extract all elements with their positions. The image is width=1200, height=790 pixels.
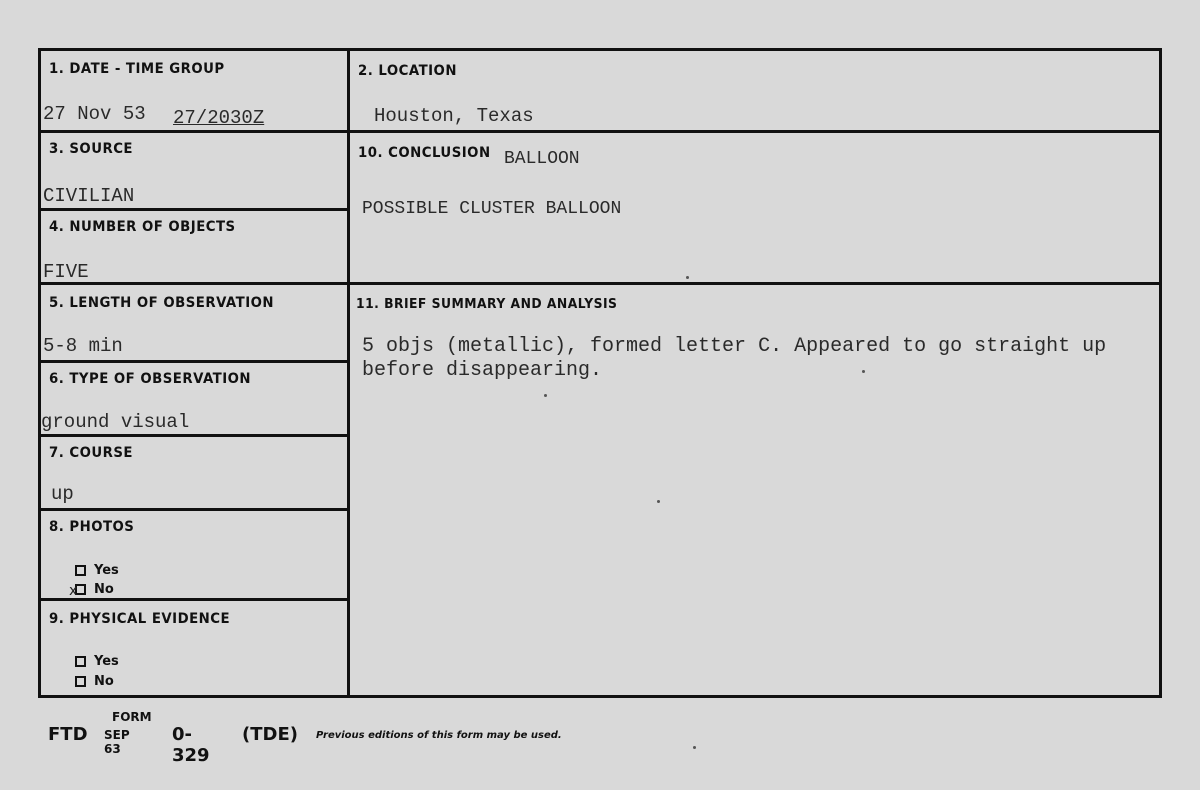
footer-form-number: 0-329 <box>172 724 210 766</box>
physical-evidence-yes-option[interactable]: Yes <box>75 654 119 669</box>
summary-text: 5 objs (metallic), formed letter C. Appe… <box>362 335 1122 383</box>
course-value: up <box>51 483 74 505</box>
photos-yes-checkbox[interactable] <box>75 565 86 576</box>
number-of-objects-label: 4. NUMBER OF OBJECTS <box>49 219 236 235</box>
photos-no-option[interactable]: No <box>75 582 114 597</box>
conclusion-detail: POSSIBLE CLUSTER BALLOON <box>362 199 621 219</box>
location-value: Houston, Texas <box>374 105 534 127</box>
type-of-observation-cell: 6. TYPE OF OBSERVATION ground visual <box>41 363 347 437</box>
date-time-group-cell: 1. DATE - TIME GROUP 27 Nov 53 27/2030Z <box>41 51 347 133</box>
physical-evidence-no-checkbox[interactable] <box>75 676 86 687</box>
date-time-group-label: 1. DATE - TIME GROUP <box>49 61 225 77</box>
number-of-objects-value: FIVE <box>43 261 89 283</box>
project-record-card-form: 1. DATE - TIME GROUP 27 Nov 53 27/2030Z … <box>38 48 1162 698</box>
location-label: 2. LOCATION <box>358 63 457 79</box>
footer-ftd: FTD <box>48 724 88 745</box>
physical-evidence-yes-checkbox[interactable] <box>75 656 86 667</box>
type-of-observation-value: ground visual <box>41 411 189 433</box>
source-cell: 3. SOURCE CIVILIAN <box>41 133 347 211</box>
photos-yes-option[interactable]: Yes <box>75 563 119 578</box>
photos-yes-label: Yes <box>94 563 119 578</box>
time-value: 27/2030Z <box>173 107 264 129</box>
footer-form-word: FORM <box>112 710 152 724</box>
photos-cell: 8. PHOTOS Yes No x <box>41 511 347 601</box>
length-of-observation-label: 5. LENGTH OF OBSERVATION <box>49 295 274 311</box>
physical-evidence-no-label: No <box>94 674 114 689</box>
photos-label: 8. PHOTOS <box>49 519 134 535</box>
paper-speck <box>544 394 547 397</box>
physical-evidence-yes-label: Yes <box>94 654 119 669</box>
course-label: 7. COURSE <box>49 445 133 461</box>
type-of-observation-label: 6. TYPE OF OBSERVATION <box>49 371 251 387</box>
conclusion-label: 10. CONCLUSION <box>358 145 491 161</box>
summary-label: 11. BRIEF SUMMARY AND ANALYSIS <box>356 297 617 312</box>
photos-no-label: No <box>94 582 114 597</box>
date-value: 27 Nov 53 <box>43 103 146 125</box>
conclusion-cell: 10. CONCLUSION BALLOON POSSIBLE CLUSTER … <box>350 133 1159 285</box>
number-of-objects-cell: 4. NUMBER OF OBJECTS FIVE <box>41 211 347 285</box>
photos-no-x-mark: x <box>69 583 77 599</box>
summary-cell: 11. BRIEF SUMMARY AND ANALYSIS 5 objs (m… <box>350 285 1159 695</box>
course-cell: 7. COURSE up <box>41 437 347 511</box>
conclusion-value: BALLOON <box>504 149 580 169</box>
paper-speck <box>686 276 689 279</box>
paper-speck <box>657 500 660 503</box>
physical-evidence-no-option[interactable]: No <box>75 674 114 689</box>
source-value: CIVILIAN <box>43 185 134 207</box>
physical-evidence-label: 9. PHYSICAL EVIDENCE <box>49 611 230 627</box>
footer-date-code: SEP 63 <box>104 728 130 756</box>
physical-evidence-cell: 9. PHYSICAL EVIDENCE Yes No <box>41 601 347 695</box>
footer-note: Previous editions of this form may be us… <box>316 730 562 741</box>
paper-speck <box>693 746 696 749</box>
source-label: 3. SOURCE <box>49 141 133 157</box>
footer-office: (TDE) <box>242 724 298 745</box>
length-of-observation-cell: 5. LENGTH OF OBSERVATION 5-8 min <box>41 285 347 363</box>
location-cell: 2. LOCATION Houston, Texas <box>350 51 1159 133</box>
length-of-observation-value: 5-8 min <box>43 335 123 357</box>
paper-speck <box>862 370 865 373</box>
